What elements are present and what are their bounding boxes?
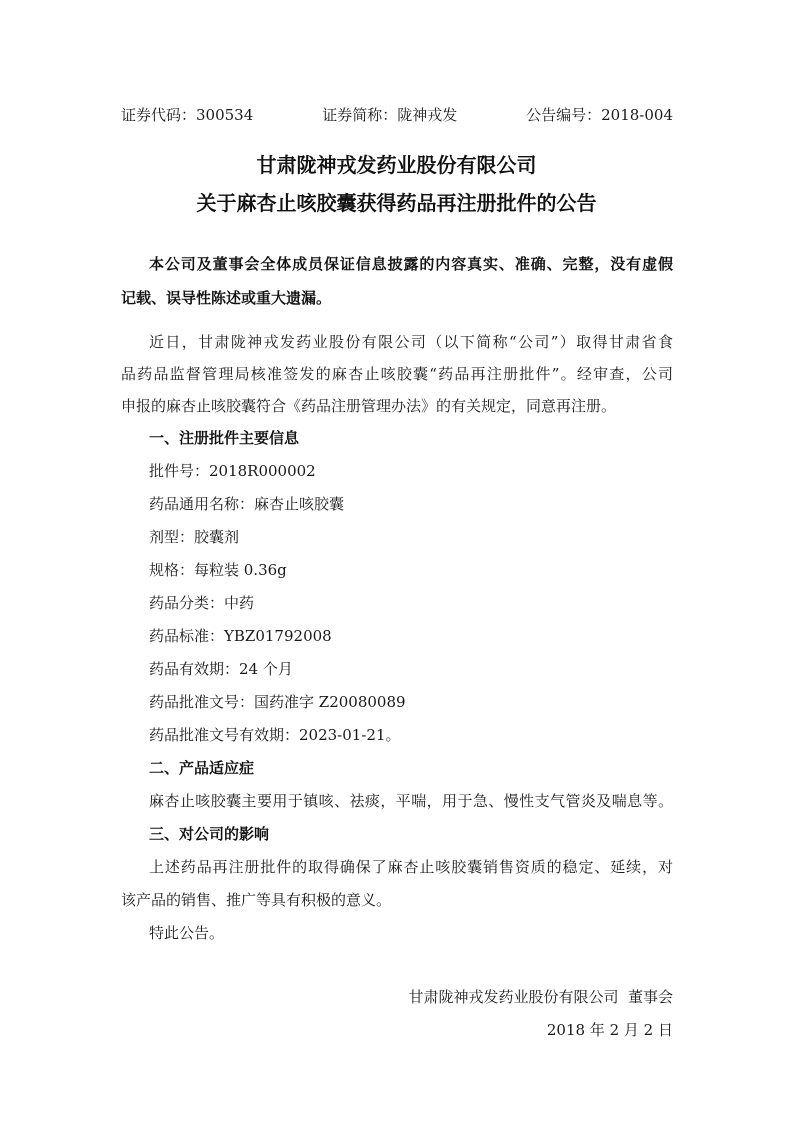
stock-abbreviation: 证券简称：陇神戎发 — [322, 104, 457, 126]
intro-line-3: 申报的麻杏止咳胶囊符合《药品注册管理办法》的有关规定，同意再注册。 — [121, 396, 616, 416]
signature-date: 2018 年 2 月 2 日 — [547, 1020, 673, 1040]
impact-line-2: 该产品的销售、推广等具有积极的意义。 — [121, 890, 391, 910]
section-3-heading: 三、对公司的影响 — [149, 824, 269, 844]
announcement-title: 关于麻杏止咳胶囊获得药品再注册批件的公告 — [0, 187, 793, 216]
section-1-heading: 一、注册批件主要信息 — [149, 428, 299, 448]
section-2-heading: 二、产品适应症 — [149, 758, 254, 778]
statement-line-2: 记载、误导性陈述或重大遗漏。 — [121, 288, 331, 308]
approval-number: 批件号：2018R000002 — [149, 461, 316, 481]
drug-standard: 药品标准：YBZ01792008 — [149, 626, 332, 646]
intro-line-1: 近日，甘肃陇神戎发药业股份有限公司（以下简称“公司”）取得甘肃省食 — [149, 332, 673, 352]
stock-code: 证券代码：300534 — [121, 104, 253, 126]
company-title: 甘肃陇神戎发药业股份有限公司 — [0, 149, 793, 178]
closing-text: 特此公告。 — [149, 923, 224, 943]
impact-line-1: 上述药品再注册批件的取得确保了麻杏止咳胶囊销售资质的稳定、延续，对 — [149, 857, 673, 877]
statement-line-1: 本公司及董事会全体成员保证信息披露的内容真实、准确、完整，没有虚假 — [149, 254, 673, 274]
approval-document-number: 药品批准文号：国药准字 Z20080089 — [149, 692, 406, 712]
drug-generic-name: 药品通用名称：麻杏止咳胶囊 — [149, 494, 344, 514]
announcement-number: 公告编号：2018-004 — [526, 104, 673, 126]
intro-line-2: 品药品监督管理局核准签发的麻杏止咳胶囊“药品再注册批件”。经审查，公司 — [121, 364, 673, 384]
document-header: 证券代码：300534 证券简称：陇神戎发 公告编号：2018-004 — [121, 104, 673, 126]
shelf-life: 药品有效期：24 个月 — [149, 659, 293, 679]
signature-org: 甘肃陇神戎发药业股份有限公司 董事会 — [408, 987, 673, 1007]
announcement-page: 证券代码：300534 证券简称：陇神戎发 公告编号：2018-004 甘肃陇神… — [0, 0, 793, 1122]
drug-category: 药品分类：中药 — [149, 593, 254, 613]
dosage-form: 剂型：胶囊剂 — [149, 527, 239, 547]
approval-validity: 药品批准文号有效期：2023-01-21。 — [149, 725, 401, 745]
indications-text: 麻杏止咳胶囊主要用于镇咳、祛痰，平喘，用于急、慢性支气管炎及喘息等。 — [149, 791, 673, 811]
specification: 规格：每粒装 0.36g — [149, 560, 287, 580]
